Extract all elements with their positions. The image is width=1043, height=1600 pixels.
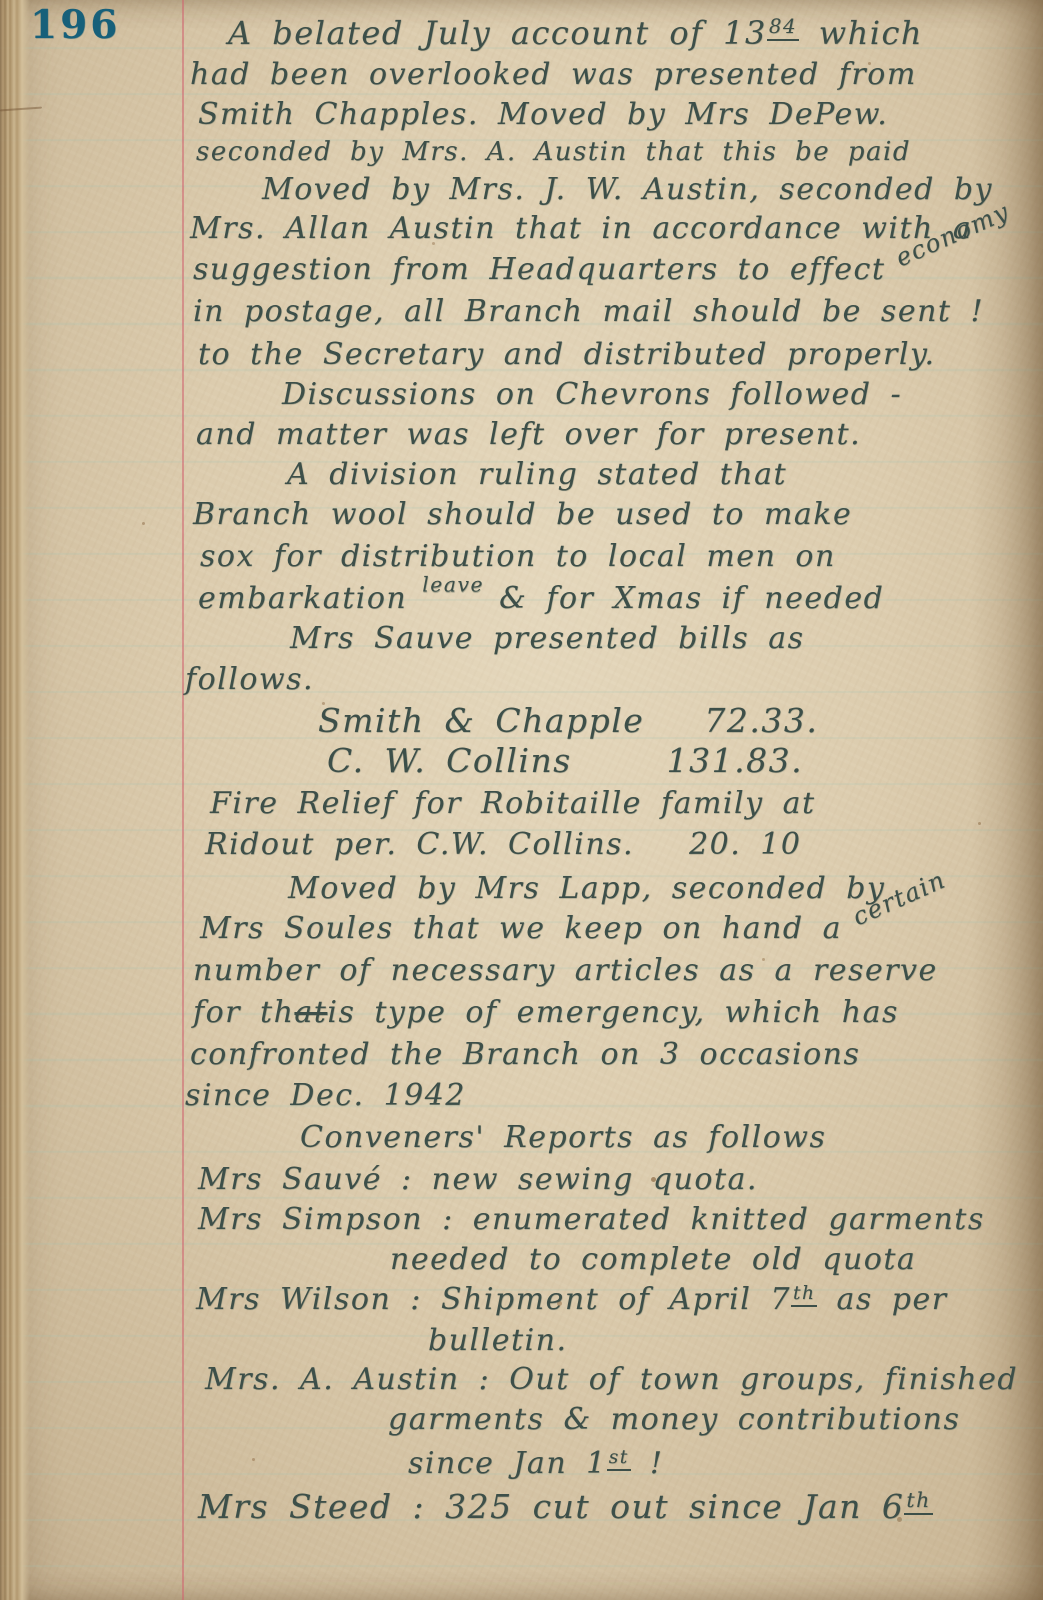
segment-sup: th <box>791 1283 817 1307</box>
segment-text: Mrs Soules that we keep on hand a <box>200 911 861 946</box>
segment-text: is type of emergency, which has <box>327 995 899 1030</box>
segment-text: number of necessary articles as a reserv… <box>193 953 938 988</box>
handwritten-line-25: for thatis type of emergency, which has <box>193 995 899 1030</box>
segment-text: for th <box>193 995 294 1030</box>
segment-text: Moved by Mrs. J. W. Austin, seconded by <box>262 172 993 207</box>
segment-text: ! <box>631 1446 664 1481</box>
segment-text: Fire Relief for Robitaille family at <box>210 786 816 821</box>
handwritten-line-7: suggestion from Headquarters to effect e… <box>193 252 1026 287</box>
handwritten-line-12: A division ruling stated that <box>287 457 787 492</box>
handwritten-line-18: Smith & Chapple72.33. <box>318 701 818 740</box>
handwritten-line-30: Mrs Simpson : enumerated knitted garment… <box>198 1202 985 1237</box>
handwritten-line-22: Moved by Mrs Lapp, seconded by <box>288 871 885 906</box>
segment-text: Mrs Steed : 325 cut out since Jan 6 <box>198 1487 904 1526</box>
segment-sup: th <box>904 1488 932 1515</box>
handwritten-line-20: Fire Relief for Robitaille family at <box>210 786 816 821</box>
handwritten-line-13: Branch wool should be used to make <box>193 497 852 532</box>
handwritten-line-29: Mrs Sauvé : new sewing quota. <box>198 1162 758 1197</box>
segment-text: A division ruling stated that <box>287 457 787 492</box>
handwritten-line-28: Conveners' Reports as follows <box>300 1120 826 1155</box>
segment-text: since Dec. 1942 <box>185 1078 466 1113</box>
segment-text: Mrs Simpson : enumerated knitted garment… <box>198 1202 985 1237</box>
segment-text: Mrs Sauve presented bills as <box>290 621 805 656</box>
handwritten-line-10: Discussions on Chevrons followed - <box>282 377 902 412</box>
handwritten-line-11: and matter was left over for present. <box>196 417 861 452</box>
segment-text: 20. 10 <box>689 827 801 862</box>
handwritten-line-34: Mrs. A. Austin : Out of town groups, fin… <box>205 1362 1018 1397</box>
segment-text: 131.83. <box>667 741 803 780</box>
segment-text: & for Xmas if needed <box>480 581 884 616</box>
handwritten-line-1: A belated July account of 1384 which <box>228 14 923 52</box>
segment-text: needed to complete old quota <box>390 1242 916 1277</box>
segment-text: confronted the Branch on 3 occasions <box>190 1037 860 1072</box>
handwritten-line-35: garments & money contributions <box>388 1402 960 1437</box>
segment-text: suggestion from Headquarters to effect <box>193 252 904 287</box>
segment-text: Mrs Wilson : Shipment of April 7 <box>196 1282 791 1317</box>
handwritten-line-4: seconded by Mrs. A. Austin that this be … <box>196 137 911 167</box>
segment-strike: at <box>294 995 327 1030</box>
handwritten-line-14: sox for distribution to local men on <box>200 539 836 574</box>
handwritten-line-33: bulletin. <box>428 1323 567 1358</box>
handwritten-line-32: Mrs Wilson : Shipment of April 7th as pe… <box>196 1282 948 1317</box>
segment-text: bulletin. <box>428 1323 567 1358</box>
segment-text: and matter was left over for present. <box>196 417 861 452</box>
segment-sup: 84 <box>767 15 799 41</box>
segment-text: Mrs. Allan Austin that in accordance wit… <box>190 211 972 246</box>
handwritten-line-19: C. W. Collins131.83. <box>327 741 803 780</box>
handwritten-line-8: in postage, all Branch mail should be se… <box>193 294 984 329</box>
segment-text: 72.33. <box>704 701 818 740</box>
segment-text: sox for distribution to local men on <box>200 539 836 574</box>
handwritten-line-23: Mrs Soules that we keep on hand a certai… <box>200 911 960 946</box>
segment-text: embarkation <box>198 581 426 616</box>
segment-text: Smith Chapples. Moved by Mrs DePew. <box>198 97 888 132</box>
segment-text: follows. <box>185 662 314 697</box>
segment-text: Smith & Chapple <box>318 701 644 740</box>
handwritten-line-37: Mrs Steed : 325 cut out since Jan 6th <box>198 1487 933 1526</box>
segment-text: Mrs Sauvé : new sewing quota. <box>198 1162 758 1197</box>
segment-text: garments & money contributions <box>388 1402 960 1437</box>
segment-text: C. W. Collins <box>327 741 572 780</box>
segment-text: Moved by Mrs Lapp, seconded by <box>288 871 885 906</box>
handwritten-line-24: number of necessary articles as a reserv… <box>193 953 938 988</box>
handwritten-line-17: follows. <box>185 662 314 697</box>
segment-text: Branch wool should be used to make <box>193 497 852 532</box>
handwritten-line-2: had been overlooked was presented from <box>190 57 917 92</box>
segment-text: Mrs. A. Austin : Out of town groups, fin… <box>205 1362 1018 1397</box>
handwritten-line-9: to the Secretary and distributed properl… <box>198 337 936 372</box>
segment-text: seconded by Mrs. A. Austin that this be … <box>196 137 911 167</box>
handwritten-line-3: Smith Chapples. Moved by Mrs DePew. <box>198 97 888 132</box>
handwritten-line-15: embarkation leave & for Xmas if needed <box>198 581 884 616</box>
handwritten-line-36: since Jan 1st ! <box>408 1446 663 1481</box>
segment-text: A belated July account of 13 <box>228 14 767 52</box>
segment-text: Conveners' Reports as follows <box>300 1120 826 1155</box>
segment-sup: st <box>607 1447 631 1471</box>
segment-text: which <box>799 14 923 52</box>
segment-text: Discussions on Chevrons followed - <box>282 377 902 412</box>
handwritten-line-5: Moved by Mrs. J. W. Austin, seconded by <box>262 172 993 207</box>
handwritten-line-16: Mrs Sauve presented bills as <box>290 621 805 656</box>
segment-text: Ridout per. C.W. Collins. <box>205 827 634 862</box>
handwritten-line-21: Ridout per. C.W. Collins.20. 10 <box>205 827 802 862</box>
handwritten-line-6: Mrs. Allan Austin that in accordance wit… <box>190 211 972 246</box>
handwritten-line-31: needed to complete old quota <box>390 1242 916 1277</box>
segment-text: since Jan 1 <box>408 1446 607 1481</box>
segment-text: in postage, all Branch mail should be se… <box>193 294 984 329</box>
segment-text: as per <box>817 1282 947 1317</box>
segment-text: had been overlooked was presented from <box>190 57 917 92</box>
handwritten-line-26: confronted the Branch on 3 occasions <box>190 1037 860 1072</box>
handwriting-layer: A belated July account of 1384 whichhad … <box>0 0 1043 1600</box>
segment-text: to the Secretary and distributed properl… <box>198 337 936 372</box>
ledger-page: 196 A belated July account of 1384 which… <box>0 0 1043 1600</box>
handwritten-line-27: since Dec. 1942 <box>185 1078 466 1113</box>
segment-insert: leave <box>422 573 484 597</box>
